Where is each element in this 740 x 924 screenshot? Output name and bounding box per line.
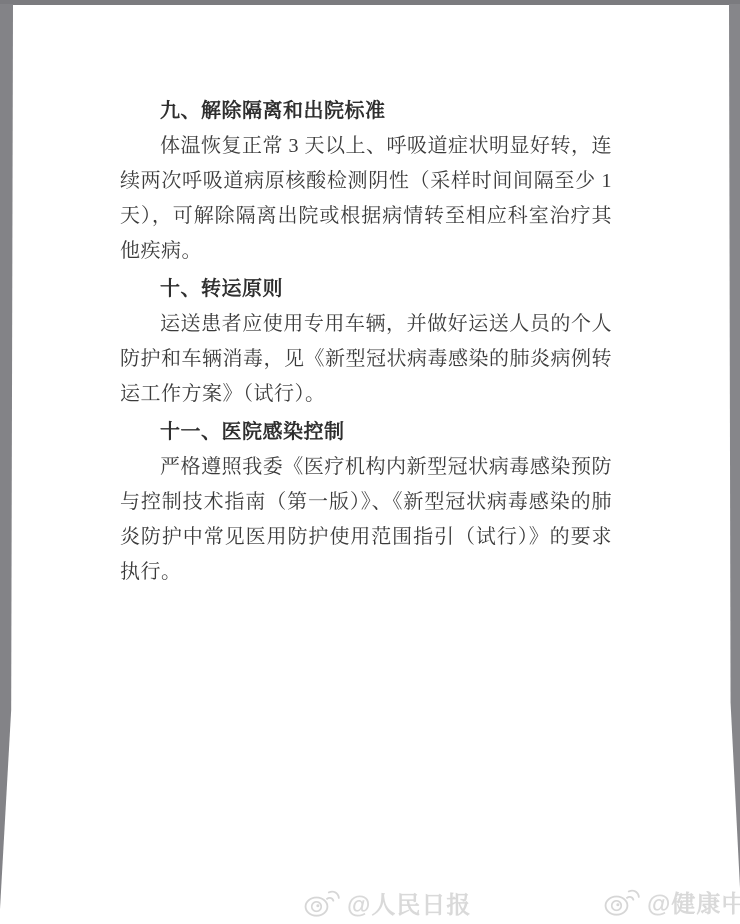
watermark-healthy-china: @健康中国: [603, 884, 740, 919]
document-text: 九、解除隔离和出院标准 体温恢复正常 3 天以上、呼吸道症状明显好转，连续两次呼…: [120, 94, 612, 590]
section-transfer-principles: 十、转运原则 运送患者应使用专用车辆，并做好运送人员的个人防护和车辆消毒，见《新…: [120, 272, 612, 412]
weibo-icon: [603, 886, 640, 917]
section-paragraph: 体温恢复正常 3 天以上、呼吸道症状明显好转，连续两次呼吸道病原核酸检测阴性（采…: [120, 129, 612, 269]
section-heading: 九、解除隔离和出院标准: [120, 94, 612, 129]
background-edge-top: [0, 0, 740, 5]
section-discharge-criteria: 九、解除隔离和出院标准 体温恢复正常 3 天以上、呼吸道症状明显好转，连续两次呼…: [120, 94, 612, 269]
background-edge-left: [0, 4, 13, 909]
section-infection-control: 十一、医院感染控制 严格遵照我委《医疗机构内新型冠状病毒感染预防与控制技术指南（…: [120, 415, 612, 590]
section-paragraph: 运送患者应使用专用车辆，并做好运送人员的个人防护和车辆消毒，见《新型冠状病毒感染…: [120, 307, 612, 412]
watermark-peoples-daily: @人民日报: [303, 885, 471, 920]
section-paragraph: 严格遵照我委《医疗机构内新型冠状病毒感染预防与控制技术指南（第一版）》、《新型冠…: [120, 450, 612, 590]
section-heading: 十、转运原则: [120, 272, 612, 307]
background-edge-right: [729, 4, 740, 888]
weibo-icon: [303, 887, 340, 918]
watermark-label: @人民日报: [347, 885, 471, 920]
watermark-label: @健康中国: [647, 884, 740, 919]
section-heading: 十一、医院感染控制: [120, 415, 612, 450]
document-page: 九、解除隔离和出院标准 体温恢复正常 3 天以上、呼吸道症状明显好转，连续两次呼…: [0, 0, 740, 924]
